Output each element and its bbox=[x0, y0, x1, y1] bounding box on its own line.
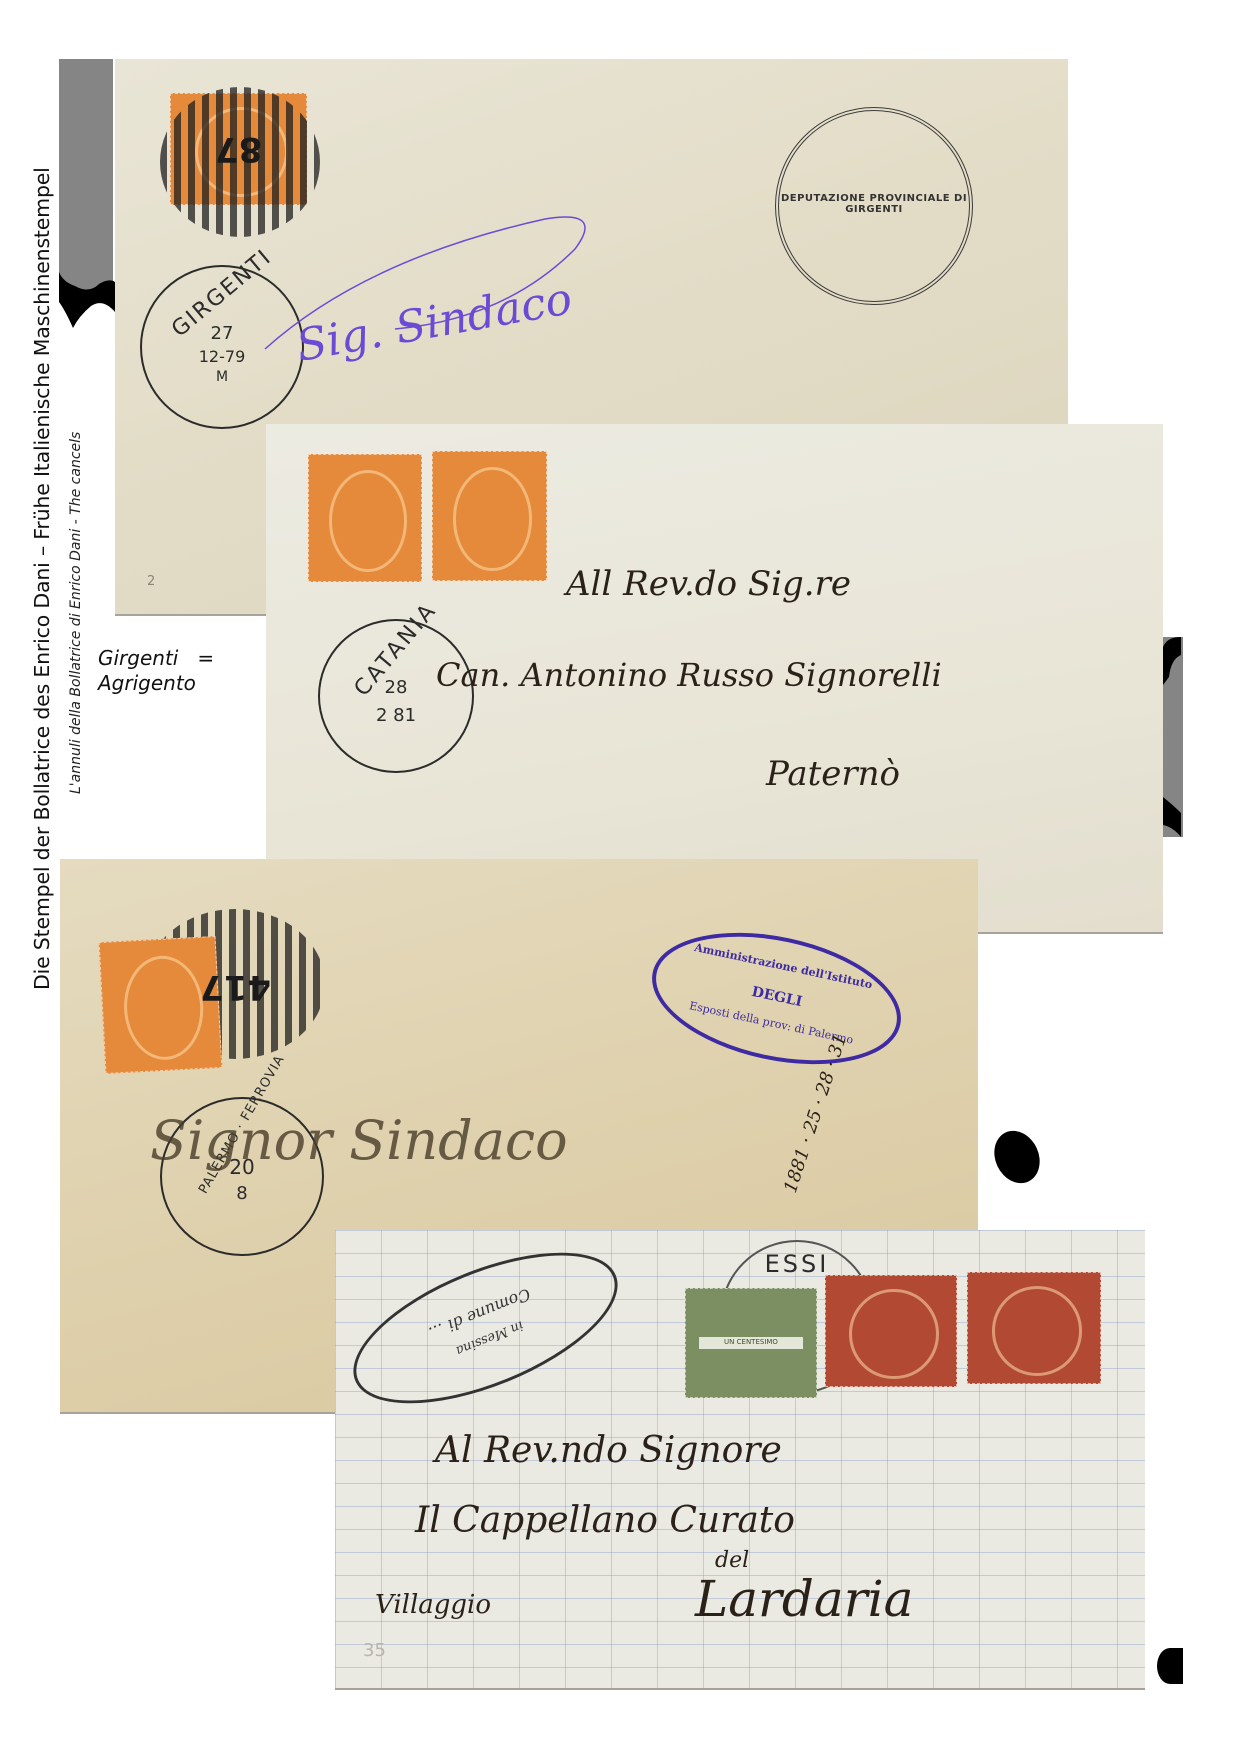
black-blob bbox=[986, 1123, 1048, 1190]
note-line-1: Girgenti = bbox=[98, 646, 214, 670]
institute-cachet: Amministrazione dell'Istituto DEGLI Espo… bbox=[640, 912, 913, 1085]
stamp-red bbox=[967, 1272, 1101, 1384]
page-title: Die Stempel der Bollatrice des Enrico Da… bbox=[30, 60, 54, 990]
oval-cachet: Comune di ... in Messina bbox=[334, 1222, 638, 1435]
page-subtitle: L'annuli della Bollatrice di Enrico Dani… bbox=[68, 194, 84, 794]
black-blob bbox=[1157, 1648, 1183, 1684]
pencil-mark: 35 bbox=[363, 1640, 386, 1661]
address-text: Signor Sindaco bbox=[150, 1109, 568, 1172]
official-seal: DEPUTAZIONE PROVINCIALE DI GIRGENTI bbox=[775, 107, 973, 305]
address-line: Al Rev.ndo Signore bbox=[435, 1430, 782, 1471]
postmark-catania: CATANIA 28 2 81 bbox=[318, 619, 474, 773]
stamp-orange bbox=[308, 454, 422, 582]
address-line: Villaggio bbox=[375, 1590, 491, 1620]
address-line: Lardaria bbox=[695, 1570, 913, 1628]
note-girgenti-agrigento: Girgenti = Agrigento bbox=[98, 646, 214, 696]
stamp-red bbox=[825, 1275, 957, 1387]
note-line-2: Agrigento bbox=[98, 671, 196, 695]
address-line: Can. Antonino Russo Signorelli bbox=[436, 656, 942, 694]
right-tab-shape bbox=[1163, 637, 1183, 837]
numeral-cancel-number: 417 bbox=[200, 967, 271, 1007]
numeral-cancel-number: 87 bbox=[215, 129, 262, 169]
stamp-orange bbox=[432, 451, 547, 581]
cover-catania: CATANIA 28 2 81 All Rev.do Sig.re Can. A… bbox=[266, 424, 1163, 932]
address-line: All Rev.do Sig.re bbox=[566, 564, 851, 604]
stamp-green: UN CENTESIMO bbox=[685, 1288, 817, 1398]
address-line: Paternò bbox=[766, 754, 900, 794]
cover-lardaria: Comune di ... in Messina ESSI UN CENTESI… bbox=[335, 1230, 1145, 1688]
pencil-mark: 2 bbox=[147, 574, 155, 589]
address-line: Il Cappellano Curato bbox=[415, 1500, 795, 1541]
